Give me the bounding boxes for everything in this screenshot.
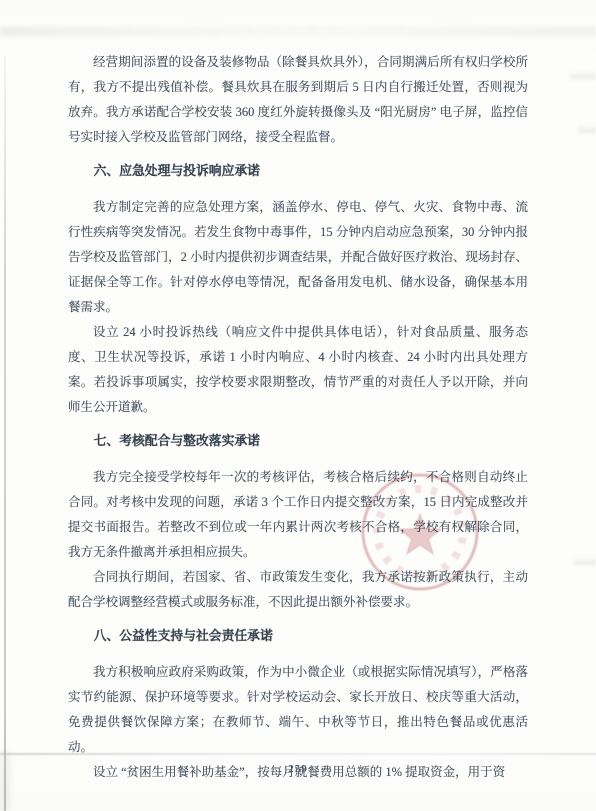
paragraph-annual-assessment: 我方完全接受学校每年一次的考核评估，考核合格后续约，不合格则自动终止合同。对考核…: [68, 465, 528, 565]
document-page: 经营期间添置的设备及装修物品（除餐具炊具外），合同期满后所有权归学校所有，我方不…: [0, 0, 596, 811]
section-heading-8-public-welfare: 八、公益性支持与社会责任承诺: [68, 624, 528, 649]
paragraph-equipment-ownership: 经营期间添置的设备及装修物品（除餐具炊具外），合同期满后所有权归学校所有，我方不…: [68, 50, 528, 150]
scan-smudge-right: [578, 128, 596, 133]
section-heading-6-emergency: 六、应急处理与投诉响应承诺: [68, 159, 528, 184]
page-number: 259: [0, 763, 596, 775]
scan-edge-line-left: [4, 55, 6, 811]
document-body: 经营期间添置的设备及装修物品（除餐具炊具外），合同期满后所有权归学校所有，我方不…: [68, 50, 528, 785]
scan-smudge-top: [0, 27, 596, 36]
scan-shadow-line-bottom: [0, 753, 596, 755]
paragraph-emergency-plan: 我方制定完善的应急处理方案，涵盖停水、停电、停气、火灾、食物中毒、流行性疾病等突…: [68, 195, 528, 320]
paragraph-social-responsibility: 我方积极响应政府采购政策，作为中小微企业（或根据实际情况填写），严格落实节约能源…: [68, 660, 528, 760]
section-heading-7-assessment: 七、考核配合与整改落实承诺: [68, 429, 528, 454]
scan-smudge-corner: [0, 751, 10, 811]
scan-smudge-right: [574, 560, 596, 565]
scan-smudge-right: [570, 74, 596, 79]
paragraph-policy-change: 合同执行期间，若国家、省、市政策发生变化，我方承诺按新政策执行，主动配合学校调整…: [68, 565, 528, 615]
paragraph-complaint-hotline: 设立 24 小时投诉热线（响应文件中提供具体电话），针对食品质量、服务态度、卫生…: [68, 320, 528, 420]
